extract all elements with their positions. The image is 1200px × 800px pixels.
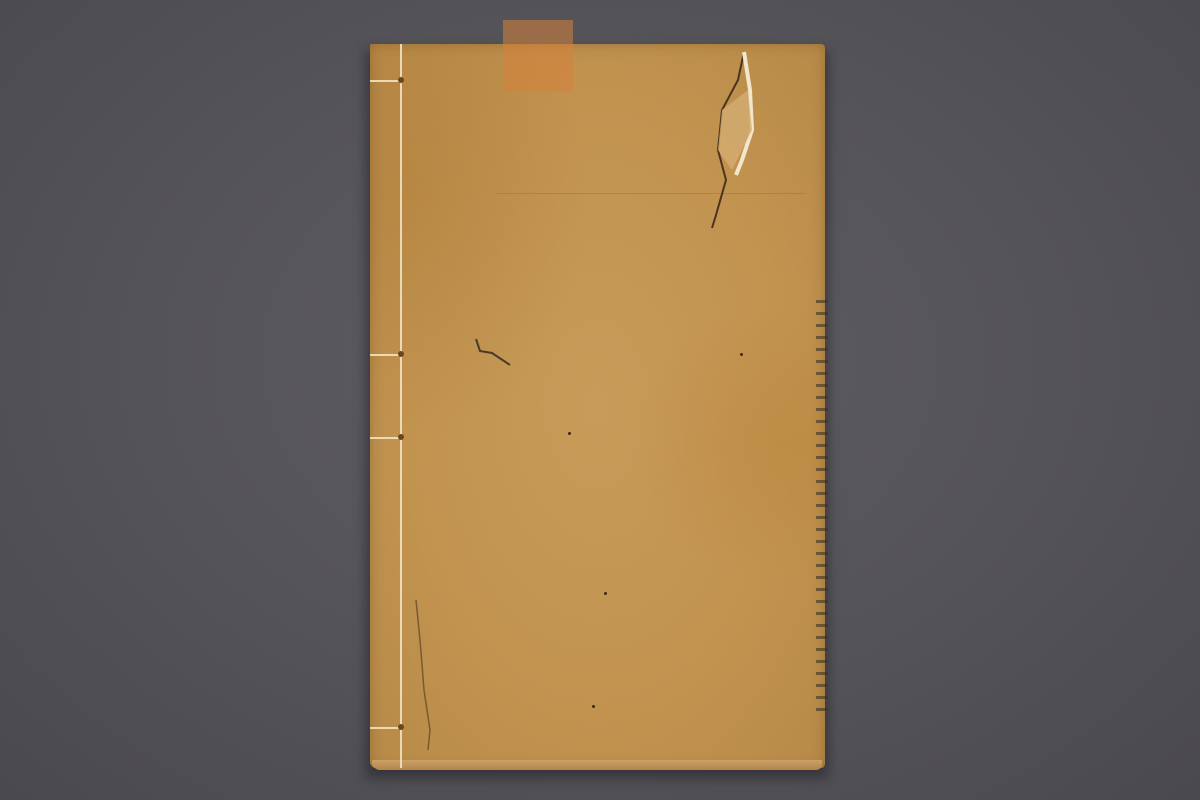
faded-title-trace xyxy=(495,193,805,194)
ink-mark xyxy=(470,335,520,375)
binding-knot xyxy=(398,724,404,730)
binding-knot xyxy=(398,434,404,440)
binding-knot xyxy=(398,351,404,357)
book-fore-edge xyxy=(816,300,828,720)
catalog-label-text xyxy=(507,24,569,38)
torn-corner xyxy=(708,50,756,230)
spot xyxy=(604,592,607,595)
spot xyxy=(740,353,743,356)
spot xyxy=(592,705,595,708)
paper-crease xyxy=(410,600,440,750)
book-bottom-edge xyxy=(372,760,822,770)
binding-knot xyxy=(398,77,404,83)
binding-thread-vertical xyxy=(400,44,402,768)
spot xyxy=(568,432,571,435)
